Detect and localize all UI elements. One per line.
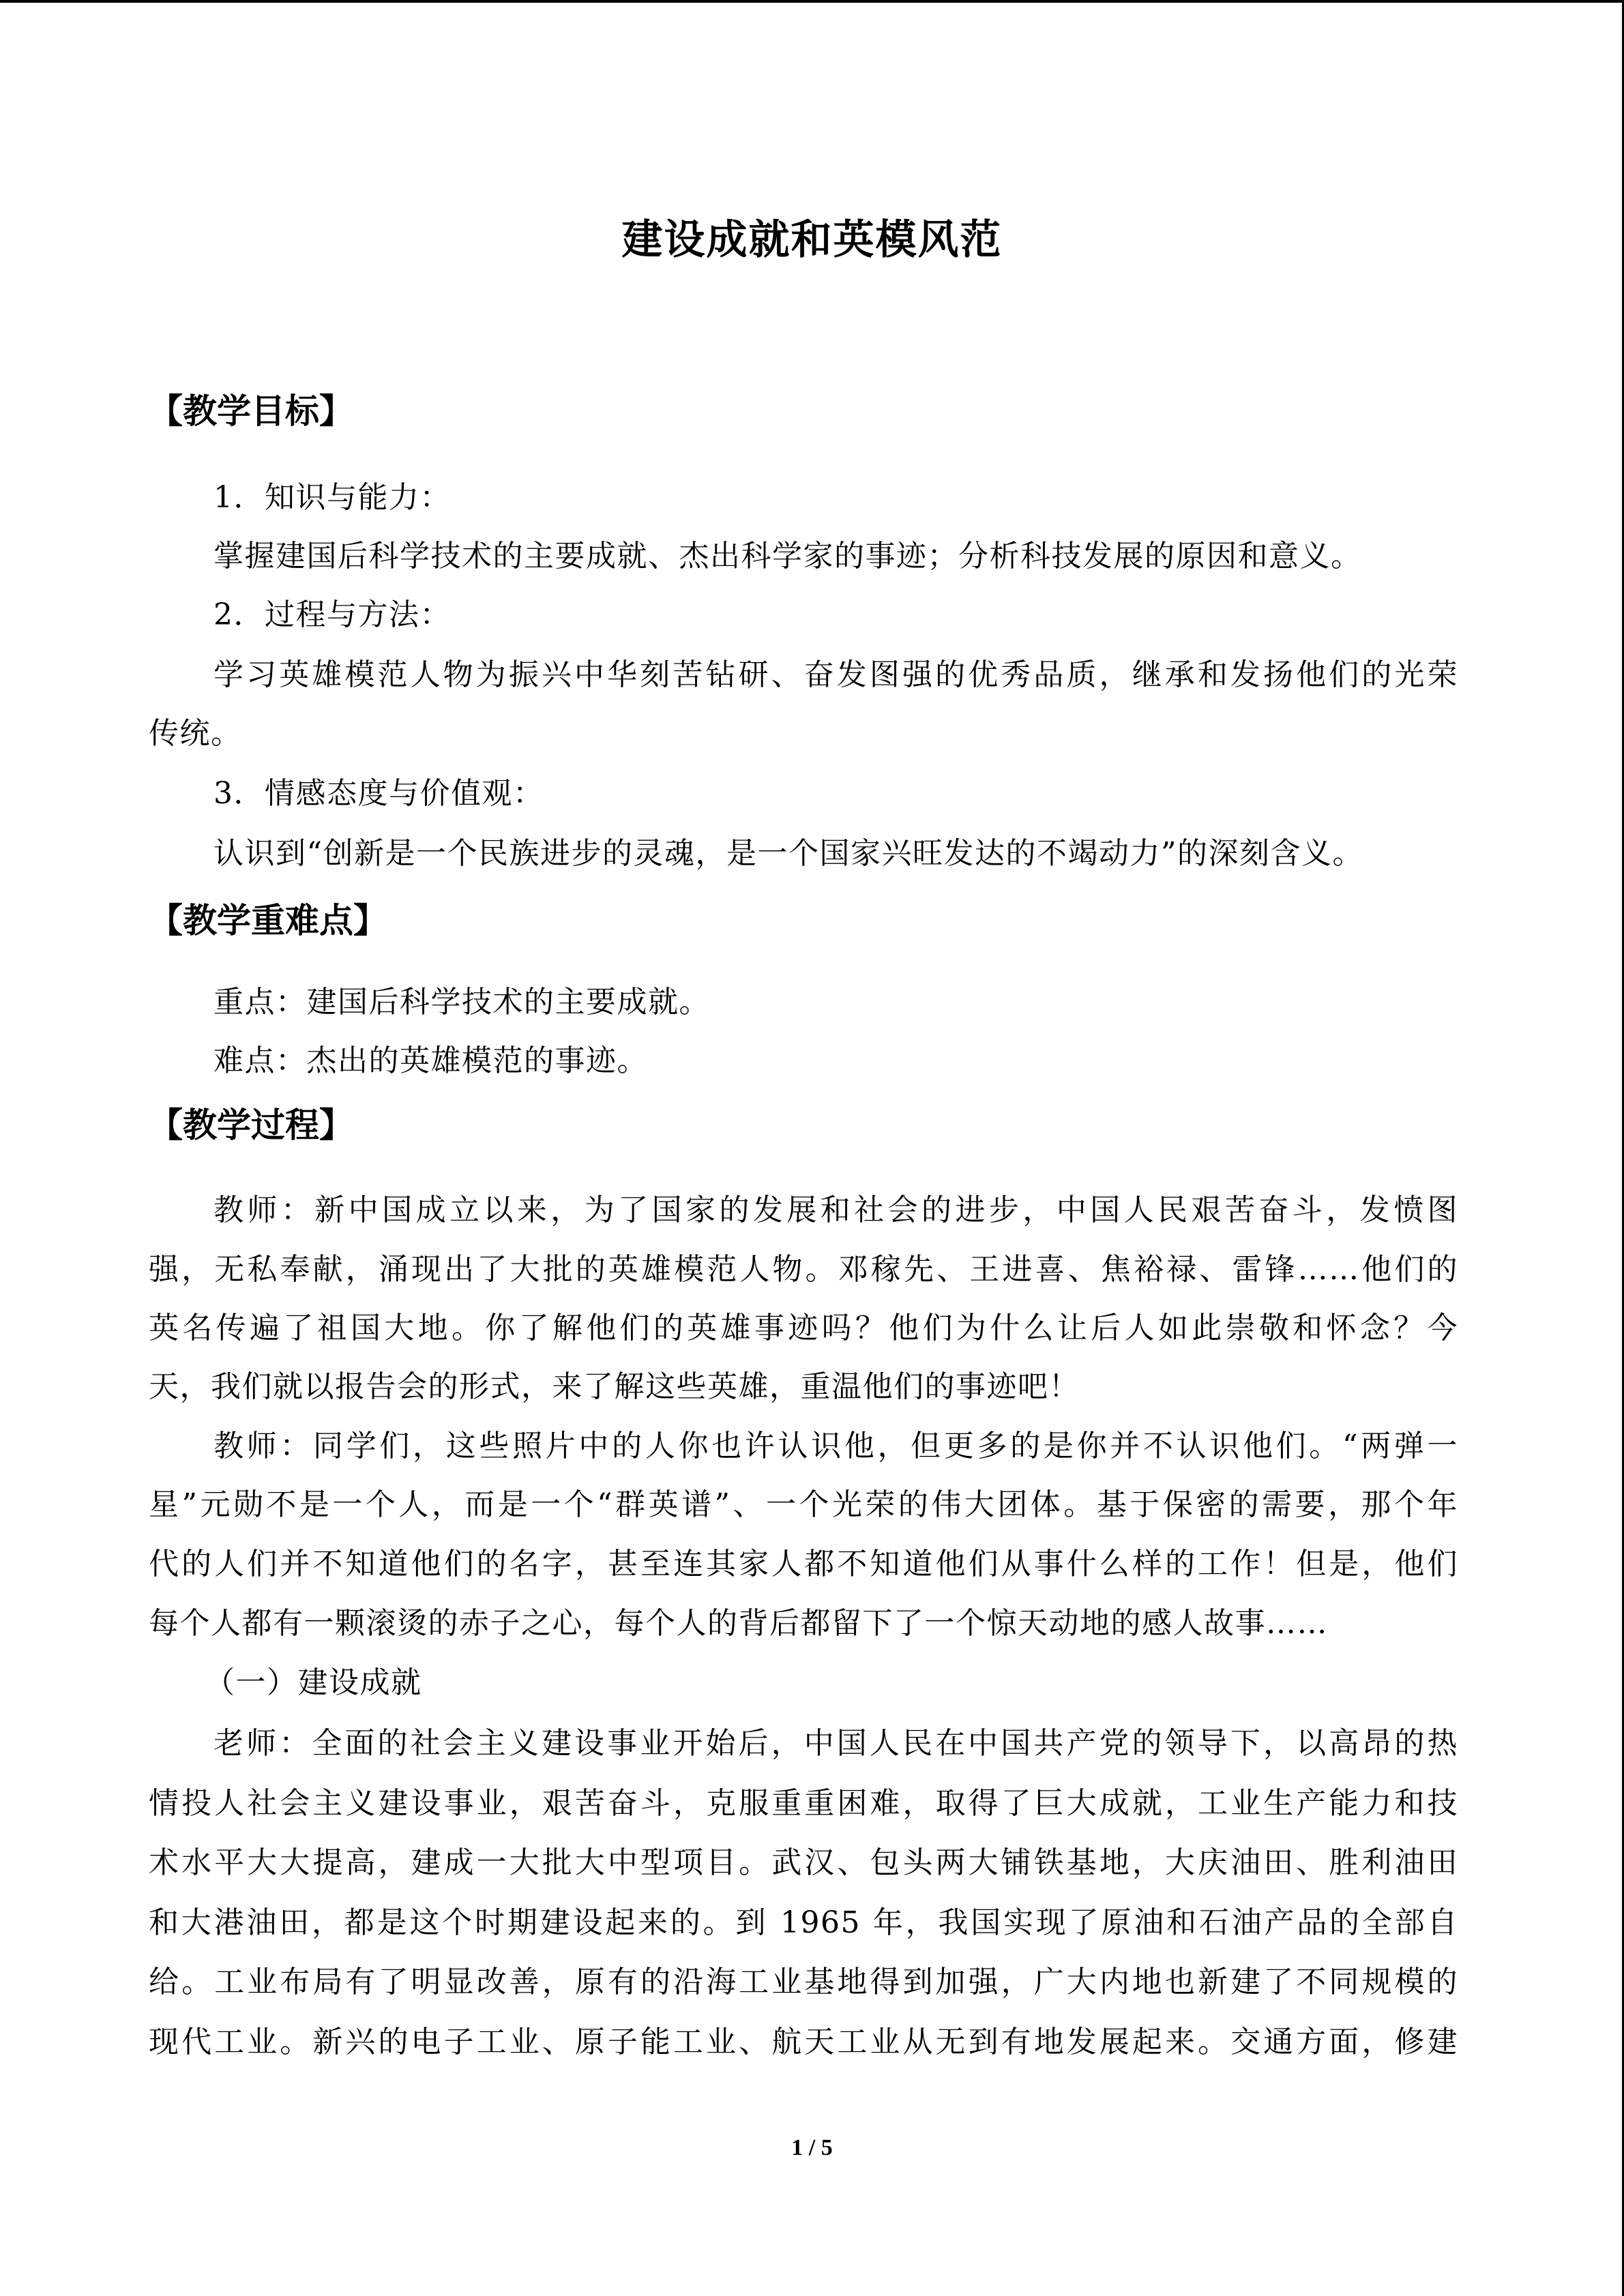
process-para1-line3: 英名传遍了祖国大地。你了解他们的英雄事迹吗？他们为什么让后人如此崇敬和怀念？今 — [149, 1308, 1458, 1349]
process-para1-line1: 教师：新中国成立以来，为了国家的发展和社会的进步，中国人民艰苦奋斗，发愤图 — [213, 1190, 1458, 1231]
process-para1-line2: 强，无私奉献，涌现出了大批的英雄模范人物。邓稼先、王进喜、焦裕禄、雷锋……他们的 — [149, 1249, 1458, 1290]
goal-label-knowledge: 1．知识与能力： — [213, 477, 1458, 518]
process-para3-line1: 老师：全面的社会主义建设事业开始后，中国人民在中国共产党的领导下，以高昂的热 — [213, 1723, 1458, 1764]
process-para3-line6: 现代工业。新兴的电子工业、原子能工业、航天工业从无到有地发展起来。交通方面，修建 — [149, 2022, 1458, 2063]
section-heading-goals: 【教学目标】 — [149, 387, 353, 435]
goal-text-knowledge: 掌握建国后科学技术的主要成就、杰出科学家的事迹；分析科技发展的原因和意义。 — [213, 536, 1458, 577]
process-subheading-construction: （一）建设成就 — [205, 1663, 1449, 1703]
process-para3-line4: 和大港油田，都是这个时期建设起来的。到 1965 年，我国实现了原油和石油产品的… — [149, 1903, 1458, 1943]
process-para3-line2: 情投人社会主义建设事业，艰苦奋斗，克服重重困难，取得了巨大成就，工业生产能力和技 — [149, 1783, 1458, 1824]
goal-label-process: 2．过程与方法： — [213, 595, 1458, 636]
page-number: 1 / 5 — [0, 2134, 1624, 2162]
section-heading-key-points: 【教学重难点】 — [149, 897, 387, 944]
process-para3-line5: 给。工业布局有了明显改善，原有的沿海工业基地得到加强，广大内地也新建了不同规模的 — [149, 1962, 1458, 2003]
key-point-text: 重点：建国后科学技术的主要成就。 — [213, 982, 1458, 1023]
process-para2-line2: 星”元勋不是一个人，而是一个“群英谱”、一个光荣的伟大团体。基于保密的需要，那个… — [149, 1485, 1458, 1525]
process-para3-line3: 术水平大大提高，建成一大批大中型项目。武汉、包头两大铺铁基地，大庆油田、胜利油田 — [149, 1843, 1458, 1883]
process-para2-line4: 每个人都有一颗滚烫的赤子之心，每个人的背后都留下了一个惊天动地的感人故事…… — [149, 1603, 1458, 1644]
section-heading-process: 【教学过程】 — [149, 1101, 353, 1149]
goal-label-values: 3．情感态度与价值观： — [213, 773, 1458, 814]
difficult-point-text: 难点：杰出的英雄模范的事迹。 — [213, 1041, 1458, 1082]
page-top-border — [0, 0, 1624, 3]
process-para2-line3: 代的人们并不知道他们的名字，甚至连其家人都不知道他们从事什么样的工作！但是，他们 — [149, 1544, 1458, 1585]
process-para2-line1: 教师：同学们，这些照片中的人你也许认识他，但更多的是你并不认识他们。“两弹一 — [213, 1426, 1458, 1467]
document-title: 建设成就和英模风范 — [0, 213, 1624, 267]
process-para1-line4: 天，我们就以报告会的形式，来了解这些英雄，重温他们的事迹吧！ — [149, 1367, 1458, 1407]
goal-text-values: 认识到“创新是一个民族进步的灵魂，是一个国家兴旺发达的不竭动力”的深刻含义。 — [213, 833, 1458, 874]
goal-text-process-line1: 学习英雄模范人物为振兴中华刻苦钻研、奋发图强的优秀品质，继承和发扬他们的光荣 — [213, 655, 1458, 696]
goal-text-process-line2: 传统。 — [149, 713, 1458, 754]
